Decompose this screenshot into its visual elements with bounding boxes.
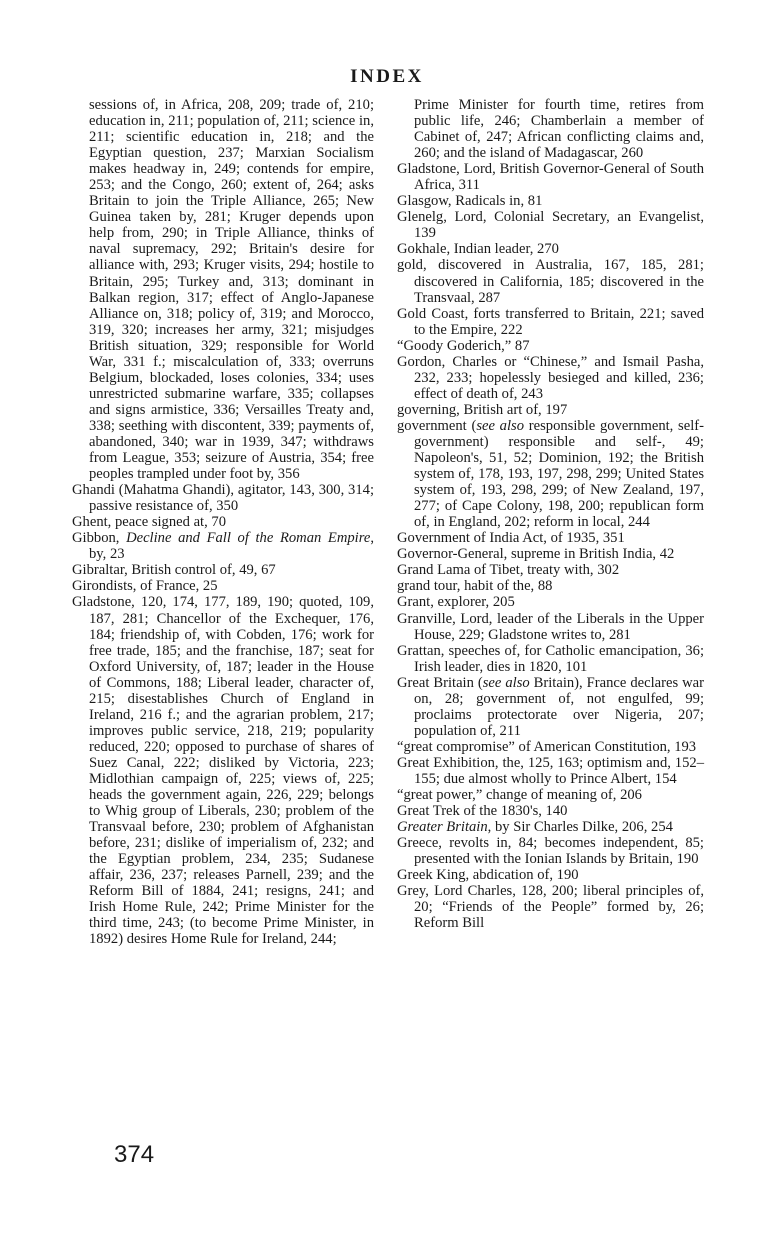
index-entry-girondists: Girondists, of France, 25 — [72, 578, 374, 594]
index-entry-granville: Granville, Lord, leader of the Liberals … — [397, 611, 704, 643]
book-title: Greater Britain — [397, 819, 488, 835]
index-entry-greater-britain: Greater Britain, by Sir Charles Dilke, 2… — [397, 819, 704, 835]
index-entry-gladstone-lord: Gladstone, Lord, British Governor-Genera… — [397, 161, 704, 193]
index-column-right: Prime Minister for fourth time, retires … — [397, 97, 704, 931]
index-column-left: sessions of, in Africa, 208, 209; trade … — [72, 97, 374, 947]
index-entry-glasgow: Glasgow, Radicals in, 81 — [397, 193, 704, 209]
entry-text: responsible government, self-government)… — [414, 418, 704, 530]
entry-text: Great Britain ( — [397, 675, 483, 691]
index-entry-gibbon: Gibbon, Decline and Fall of the Roman Em… — [72, 530, 374, 562]
index-entry-grattan: Grattan, speeches of, for Catholic emanc… — [397, 643, 704, 675]
index-entry-grey: Grey, Lord Charles, 128, 200; liberal pr… — [397, 883, 704, 931]
index-entry-great-trek: Great Trek of the 1830's, 140 — [397, 803, 704, 819]
index-entry-ghent: Ghent, peace signed at, 70 — [72, 514, 374, 530]
index-entry-great-compromise: “great compromise” of American Constitut… — [397, 739, 704, 755]
index-entry-governing: governing, British art of, 197 — [397, 402, 704, 418]
page-title: INDEX — [0, 66, 774, 88]
index-entry-gold: gold, discovered in Australia, 167, 185,… — [397, 257, 704, 305]
index-entry-ghandi: Ghandi (Mahatma Ghandi), agitator, 143, … — [72, 482, 374, 514]
index-entry-governor-general: Governor-General, supreme in British Ind… — [397, 546, 704, 562]
index-entry-glenelg: Glenelg, Lord, Colonial Secretary, an Ev… — [397, 209, 704, 241]
index-entry-grant: Grant, explorer, 205 — [397, 594, 704, 610]
entry-text: government ( — [397, 418, 476, 434]
index-entry-great-power: “great power,” change of meaning of, 206 — [397, 787, 704, 803]
see-also-ref: see also — [483, 675, 530, 691]
index-entry-government-of-india-act: Government of India Act, of 1935, 351 — [397, 530, 704, 546]
index-entry-gold-coast: Gold Coast, forts transferred to Britain… — [397, 306, 704, 338]
index-entry-government: government (see also responsible governm… — [397, 418, 704, 530]
index-entry-great-exhibition: Great Exhibition, the, 125, 163; optimis… — [397, 755, 704, 787]
index-entry-gokhale: Gokhale, Indian leader, 270 — [397, 241, 704, 257]
index-entry-gladstone: Gladstone, 120, 174, 177, 189, 190; quot… — [72, 594, 374, 947]
index-entry-germany-continued: sessions of, in Africa, 208, 209; trade … — [72, 97, 374, 482]
index-entry-goody-goderich: “Goody Goderich,” 87 — [397, 338, 704, 354]
index-entry-grand-tour: grand tour, habit of the, 88 — [397, 578, 704, 594]
index-entry-greek-king: Greek King, abdication of, 190 — [397, 867, 704, 883]
index-entry-grand-lama: Grand Lama of Tibet, treaty with, 302 — [397, 562, 704, 578]
entry-text: , by Sir Charles Dilke, 206, 254 — [488, 819, 673, 835]
index-entry-gordon: Gordon, Charles or “Chinese,” and Ismail… — [397, 354, 704, 402]
index-entry-gladstone-continued: Prime Minister for fourth time, retires … — [397, 97, 704, 161]
entry-text: Gibbon, — [72, 530, 126, 546]
index-entry-great-britain: Great Britain (see also Britain), France… — [397, 675, 704, 739]
page-number: 374 — [114, 1141, 154, 1169]
book-title: Decline and Fall of the Roman Empire — [126, 530, 370, 546]
index-entry-gibraltar: Gibraltar, British control of, 49, 67 — [72, 562, 374, 578]
see-also-ref: see also — [476, 418, 524, 434]
index-entry-greece: Greece, revolts in, 84; becomes independ… — [397, 835, 704, 867]
